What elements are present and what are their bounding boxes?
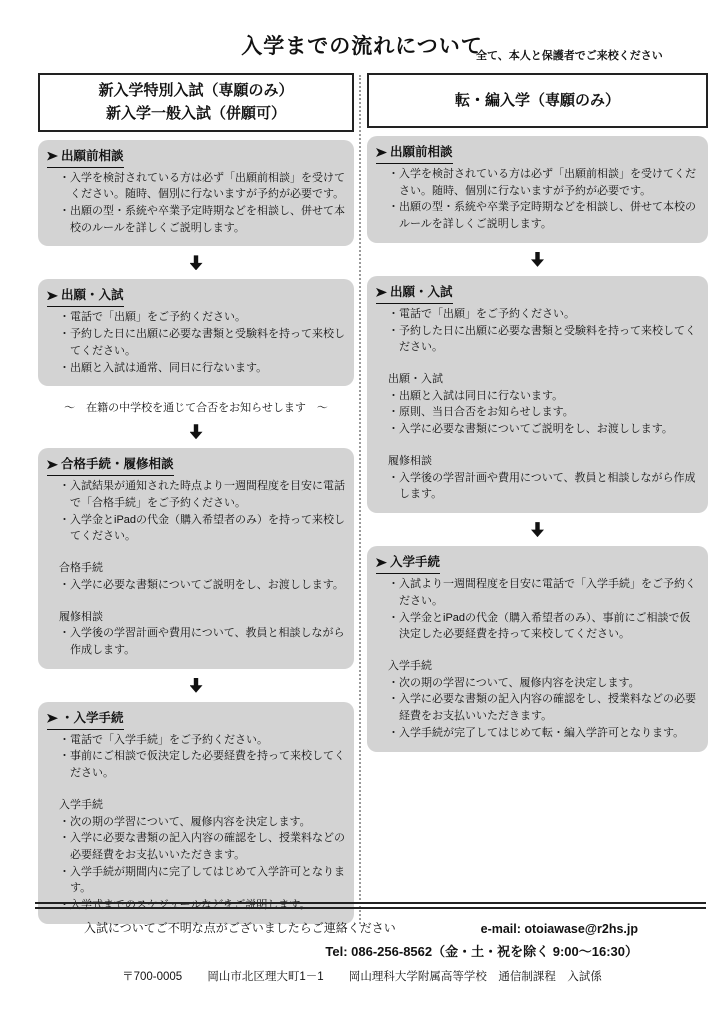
down-arrow-icon xyxy=(190,678,203,693)
bullet-line: ・入学に必要な書類についてご説明をし、お渡しします。 xyxy=(59,577,345,594)
footer-contact-text: 入試についてご不明な点がございましたらご連絡ください xyxy=(84,919,396,936)
bullet-list: ・電話で「出願」をご予約ください。 ・予約した日に出願に必要な書類と受験料を持っ… xyxy=(376,306,699,356)
flyer-page: 入学までの流れについて 全て、本人と保護者でご来校ください 新入学特別入試（専願… xyxy=(0,0,724,1024)
bullet-list: ・電話で「出願」をご予約ください。 ・予約した日に出願に必要な書類と受験料を持っ… xyxy=(47,309,345,376)
box-heading-label: 出願・入試 xyxy=(61,286,124,305)
bullet-line: ・出願の型・系統や卒業予定時期などを相談し、併せて本校のルールを詳しくご説明しま… xyxy=(59,203,345,236)
flow-columns: 新入学特別入試（専願のみ） 新入学一般入試（併願可） 出願前相談 ・入学を検討さ… xyxy=(38,73,708,924)
down-arrow-icon xyxy=(190,424,203,439)
column-divider xyxy=(359,75,361,924)
left-column-header: 新入学特別入試（専願のみ） 新入学一般入試（併願可） xyxy=(38,73,354,132)
bullet-line: ・出願と入試は同日に行ないます。 xyxy=(388,388,699,405)
bullet-line: ・予約した日に出願に必要な書類と受験料を持って来校してください。 xyxy=(388,323,699,356)
box-heading: ・入学手続 xyxy=(47,709,124,730)
flow-arrow-row xyxy=(38,678,354,693)
footer-contact-row: 入試についてご不明な点がございましたらご連絡ください e-mail: otoia… xyxy=(84,919,638,936)
sub-section-label: 合格手続 xyxy=(47,560,345,577)
bullet-list: ・次の期の学習について、履修内容を決定します。 ・入学に必要な書類の記入内容の確… xyxy=(47,814,345,914)
page-subtitle: 全て、本人と保護者でご来校ください xyxy=(476,47,663,63)
footer-address-row: 〒700-0005 岡山市北区理大町1－1 岡山理科大学附属高等学校 通信制課程… xyxy=(0,968,724,984)
flow-box-pre-application-consult-left: 出願前相談 ・入学を検討されている方は必ず「出願前相談」を受けてください。随時、… xyxy=(38,140,354,247)
bullet-line: ・事前にご相談で仮決定した必要経費を持って来校してください。 xyxy=(59,748,345,781)
bullet-line: ・入試より一週間程度を目安に電話で「入学手続」をご予約ください。 xyxy=(388,576,699,609)
bullet-line: ・電話で「出願」をご予約ください。 xyxy=(388,306,699,323)
box-heading: 出願・入試 xyxy=(376,283,453,304)
bullet-list: ・入学を検討されている方は必ず「出願前相談」を受けてください。随時、個別に行ない… xyxy=(376,166,699,233)
footer-address: 岡山市北区理大町1－1 xyxy=(207,971,323,983)
bullet-line: ・入学後の学習計画や費用について、教員と相談しながら作成します。 xyxy=(388,470,699,503)
bullet-line: ・入学金とiPadの代金（購入希望者のみ）を持って来校してください。 xyxy=(59,512,345,545)
bullet-list: ・次の期の学習について、履修内容を決定します。 ・入学に必要な書類の記入内容の確… xyxy=(376,675,699,742)
sub-section-label: 履修相談 xyxy=(47,609,345,626)
box-heading-label: 入学手続 xyxy=(390,553,440,572)
box-heading-label: 合格手続・履修相談 xyxy=(61,455,174,474)
box-heading-label: 出願・入試 xyxy=(390,283,453,302)
flow-arrow-row xyxy=(38,255,354,270)
footer-email: e-mail: otoiawase@r2hs.jp xyxy=(481,922,638,936)
bullet-line: ・電話で「入学手続」をご予約ください。 xyxy=(59,732,345,749)
box-heading-label: 出願前相談 xyxy=(61,147,124,166)
bullet-line: ・入学後の学習計画や費用について、教員と相談しながら作成します。 xyxy=(59,625,345,658)
bullet-line: ・入学に必要な書類についてご説明をし、お渡しします。 xyxy=(388,421,699,438)
right-column-header: 転・編入学（専願のみ） xyxy=(367,73,708,128)
left-header-line2: 新入学一般入試（併願可） xyxy=(42,102,350,125)
double-rule xyxy=(35,902,706,909)
bullet-line: ・電話で「出願」をご予約ください。 xyxy=(59,309,345,326)
bullet-line: ・入試結果が通知された時点より一週間程度を目安に電話で「合格手続」をご予約くださ… xyxy=(59,478,345,511)
flow-box-pass-procedure-left: 合格手続・履修相談 ・入試結果が通知された時点より一週間程度を目安に電話で「合格… xyxy=(38,448,354,668)
column-transfer-admission: 転・編入学（専願のみ） 出願前相談 ・入学を検討されている方は必ず「出願前相談」… xyxy=(367,73,708,752)
footer-school-name: 岡山理科大学附属高等学校 通信制課程 入試係 xyxy=(349,971,602,983)
left-header-line1: 新入学特別入試（専願のみ） xyxy=(42,79,350,102)
down-arrow-icon xyxy=(531,252,544,267)
column-new-admission: 新入学特別入試（専願のみ） 新入学一般入試（併願可） 出願前相談 ・入学を検討さ… xyxy=(38,73,354,924)
bullet-line: ・予約した日に出願に必要な書類と受験料を持って来校してください。 xyxy=(59,326,345,359)
box-heading: 出願前相談 xyxy=(376,143,453,164)
down-arrow-icon xyxy=(531,522,544,537)
sub-section-label: 履修相談 xyxy=(376,453,699,470)
bullet-list: ・電話で「入学手続」をご予約ください。 ・事前にご相談で仮決定した必要経費を持っ… xyxy=(47,732,345,782)
bullet-list: ・入学に必要な書類についてご説明をし、お渡しします。 xyxy=(47,577,345,594)
flow-arrow-row xyxy=(367,252,708,267)
bullet-line: ・入学を検討されている方は必ず「出願前相談」を受けてください。随時、個別に行ない… xyxy=(59,170,345,203)
bullet-line: ・入学金とiPadの代金（購入希望者のみ）、事前にご相談で仮決定した必要経費を持… xyxy=(388,610,699,643)
bullet-list: ・入学を検討されている方は必ず「出願前相談」を受けてください。随時、個別に行ない… xyxy=(47,170,345,237)
flow-box-enrollment-procedure-left: ・入学手続 ・電話で「入学手続」をご予約ください。 ・事前にご相談で仮決定した必… xyxy=(38,702,354,924)
arrowhead-icon xyxy=(376,558,387,567)
arrowhead-icon xyxy=(47,714,58,723)
footer-postal-code: 〒700-0005 xyxy=(122,971,182,983)
box-heading: 出願前相談 xyxy=(47,147,124,168)
box-heading-label: ・入学手続 xyxy=(61,709,124,728)
flow-box-application-exam-right: 出願・入試 ・電話で「出願」をご予約ください。 ・予約した日に出願に必要な書類と… xyxy=(367,276,708,513)
box-heading-label: 出願前相談 xyxy=(390,143,453,162)
bullet-line: ・次の期の学習について、履修内容を決定します。 xyxy=(388,675,699,692)
arrowhead-icon xyxy=(47,291,58,300)
sub-section-label: 入学手続 xyxy=(47,797,345,814)
footer: 入試についてご不明な点がございましたらご連絡ください e-mail: otoia… xyxy=(0,902,724,984)
bullet-line: ・入学に必要な書類の記入内容の確認をし、授業料などの必要経費をお支払いいただきま… xyxy=(388,691,699,724)
flow-arrow-row xyxy=(367,522,708,537)
title-row: 入学までの流れについて 全て、本人と保護者でご来校ください xyxy=(0,30,724,64)
box-heading: 出願・入試 xyxy=(47,286,124,307)
bullet-line: ・出願と入試は通常、同日に行ないます。 xyxy=(59,360,345,377)
bullet-line: ・入学に必要な書類の記入内容の確認をし、授業料などの必要経費をお支払いいただきま… xyxy=(59,830,345,863)
down-arrow-icon xyxy=(190,255,203,270)
flow-box-enrollment-procedure-right: 入学手続 ・入試より一週間程度を目安に電話で「入学手続」をご予約ください。 ・入… xyxy=(367,546,708,751)
arrowhead-icon xyxy=(47,152,58,161)
bullet-list: ・入試結果が通知された時点より一週間程度を目安に電話で「合格手続」をご予約くださ… xyxy=(47,478,345,545)
arrowhead-icon xyxy=(376,288,387,297)
sub-section-label: 入学手続 xyxy=(376,658,699,675)
bullet-list: ・入試より一週間程度を目安に電話で「入学手続」をご予約ください。 ・入学金とiP… xyxy=(376,576,699,643)
bullet-list: ・入学後の学習計画や費用について、教員と相談しながら作成します。 xyxy=(47,625,345,658)
flow-box-application-exam-left: 出願・入試 ・電話で「出願」をご予約ください。 ・予約した日に出願に必要な書類と… xyxy=(38,279,354,386)
bullet-line: ・出願の型・系統や卒業予定時期などを相談し、併せて本校のルールを詳しくご説明しま… xyxy=(388,199,699,232)
arrowhead-icon xyxy=(47,460,58,469)
box-heading: 入学手続 xyxy=(376,553,440,574)
bullet-line: ・入学手続が完了してはじめて転・編入学許可となります。 xyxy=(388,725,699,742)
sub-section-label: 出願・入試 xyxy=(376,371,699,388)
bullet-line: ・入学手続が期間内に完了してはじめて入学許可となります。 xyxy=(59,864,345,897)
flow-arrow-row xyxy=(38,424,354,439)
bullet-list: ・入学後の学習計画や費用について、教員と相談しながら作成します。 xyxy=(376,470,699,503)
flow-box-pre-application-consult-right: 出願前相談 ・入学を検討されている方は必ず「出願前相談」を受けてください。随時、… xyxy=(367,136,708,243)
result-notice-text: ～ 在籍の中学校を通じて合否をお知らせします ～ xyxy=(38,399,354,415)
right-header-line1: 転・編入学（専願のみ） xyxy=(371,89,704,112)
footer-tel: Tel: 086-256-8562（金・土・祝を除く 9:00～16:30） xyxy=(0,941,638,960)
bullet-line: ・次の期の学習について、履修内容を決定します。 xyxy=(59,814,345,831)
bullet-line: ・原則、当日合否をお知らせします。 xyxy=(388,404,699,421)
arrowhead-icon xyxy=(376,148,387,157)
bullet-line: ・入学を検討されている方は必ず「出願前相談」を受けてください。随時、個別に行ない… xyxy=(388,166,699,199)
bullet-list: ・出願と入試は同日に行ないます。 ・原則、当日合否をお知らせします。 ・入学に必… xyxy=(376,388,699,438)
box-heading: 合格手続・履修相談 xyxy=(47,455,174,476)
